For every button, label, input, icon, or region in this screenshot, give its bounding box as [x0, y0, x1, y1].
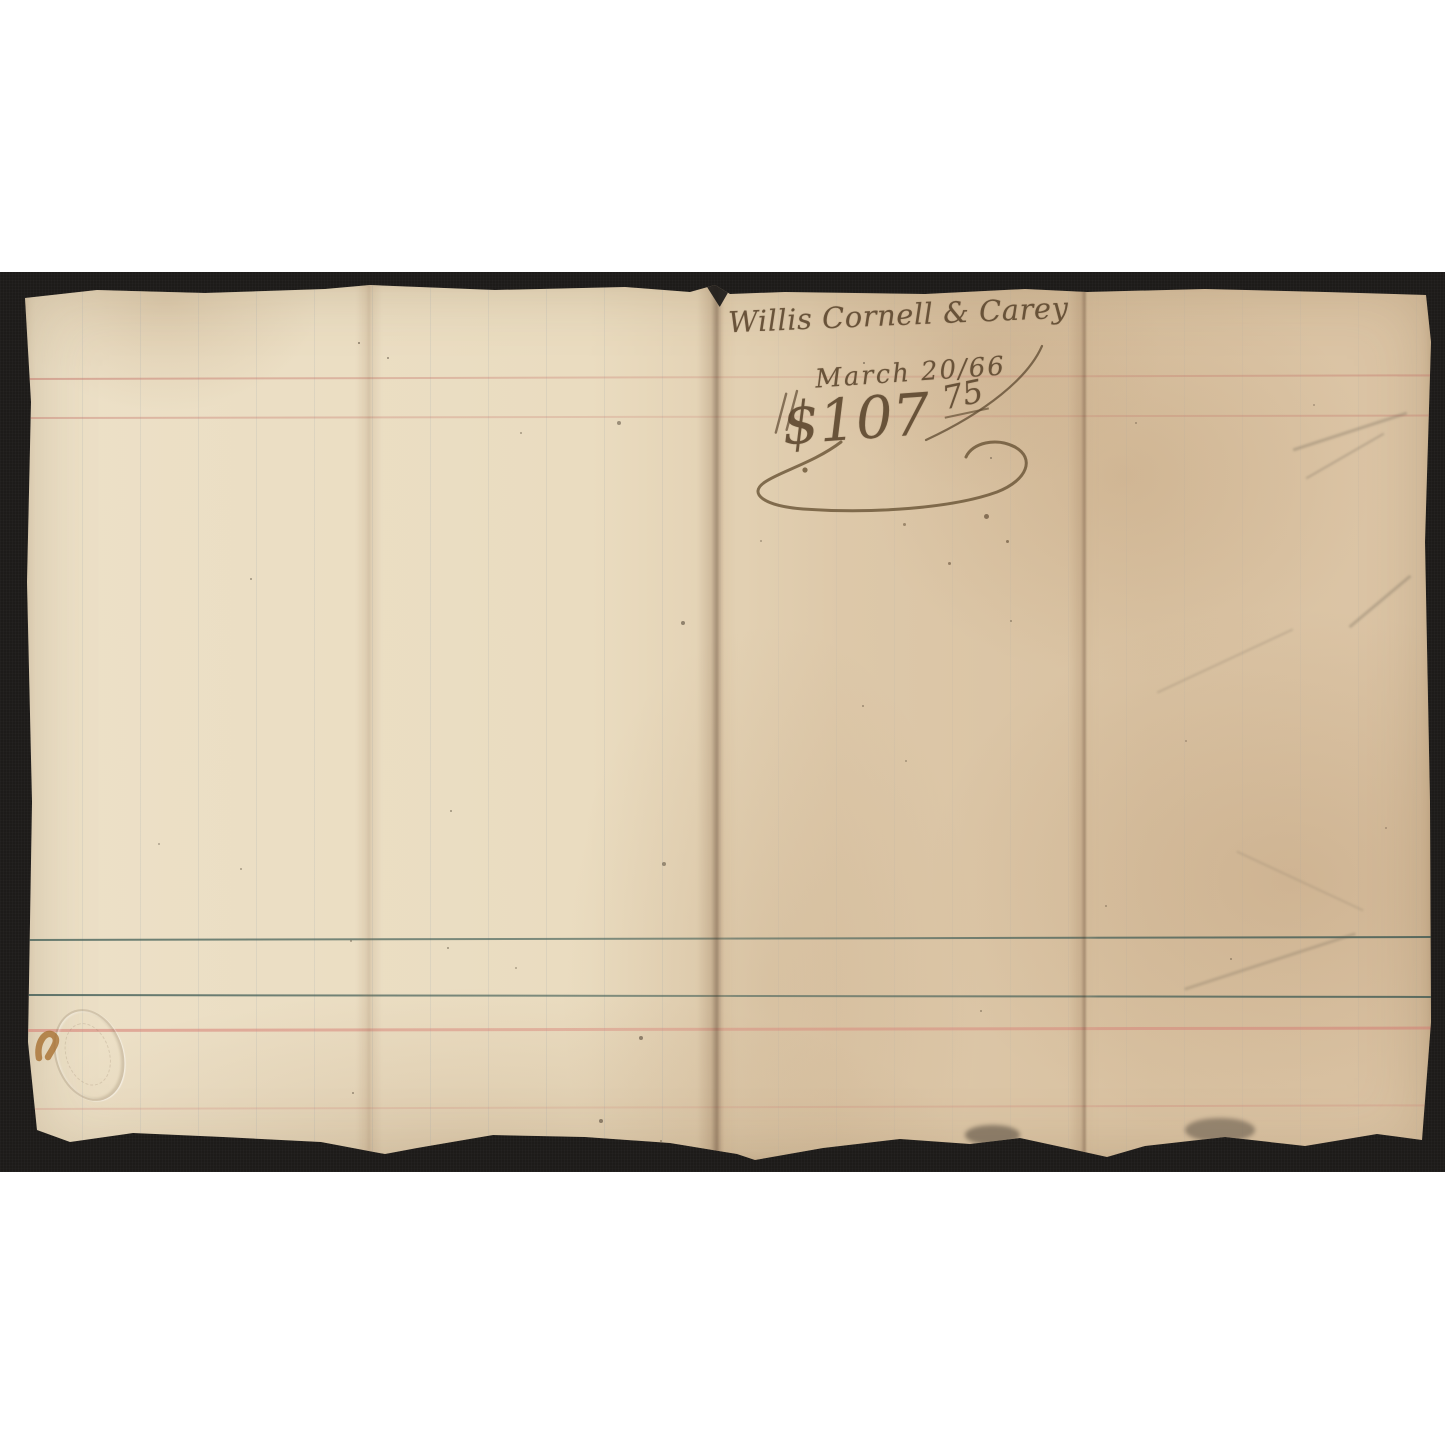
- ink-stain-mark: [31, 1026, 65, 1066]
- embossed-stamp-inner-ring: [57, 1017, 119, 1091]
- black-backdrop: Willis Cornell & Carey March 20/66 $1077…: [0, 272, 1445, 1172]
- fold-crease-left: [356, 282, 382, 1162]
- soil-blotch-2: [1185, 1118, 1255, 1142]
- foxing-specks: [25, 282, 27, 284]
- ink-tail-stroke: [920, 340, 1050, 445]
- fold-crease-center: [697, 282, 737, 1162]
- ink-spatter-dots: [25, 282, 28, 285]
- document-paper: Willis Cornell & Carey March 20/66 $1077…: [25, 282, 1431, 1162]
- fold-crease-right: [1069, 282, 1099, 1162]
- soil-blotch-1: [965, 1125, 1020, 1145]
- photo-page: Willis Cornell & Carey March 20/66 $1077…: [0, 0, 1445, 1445]
